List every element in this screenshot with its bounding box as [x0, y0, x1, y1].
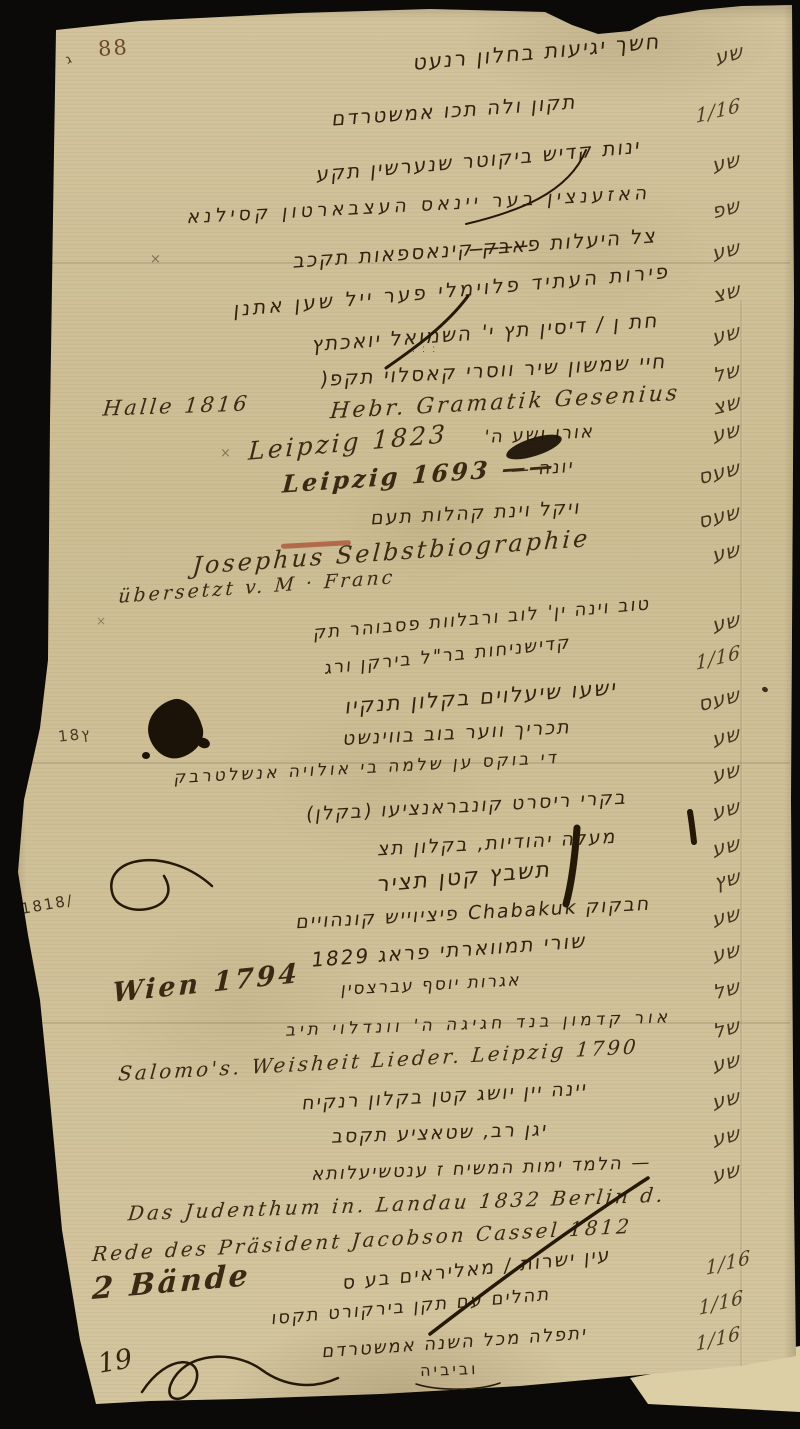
- scan-background: חשך יגיעות בחלון רנעטשעתקון ולה תכו אמשט…: [0, 0, 800, 1429]
- manuscript-page: חשך יגיעות בחלון רנעטשעתקון ולה תכו אמשט…: [0, 0, 800, 1429]
- edge-shading: [0, 0, 800, 1429]
